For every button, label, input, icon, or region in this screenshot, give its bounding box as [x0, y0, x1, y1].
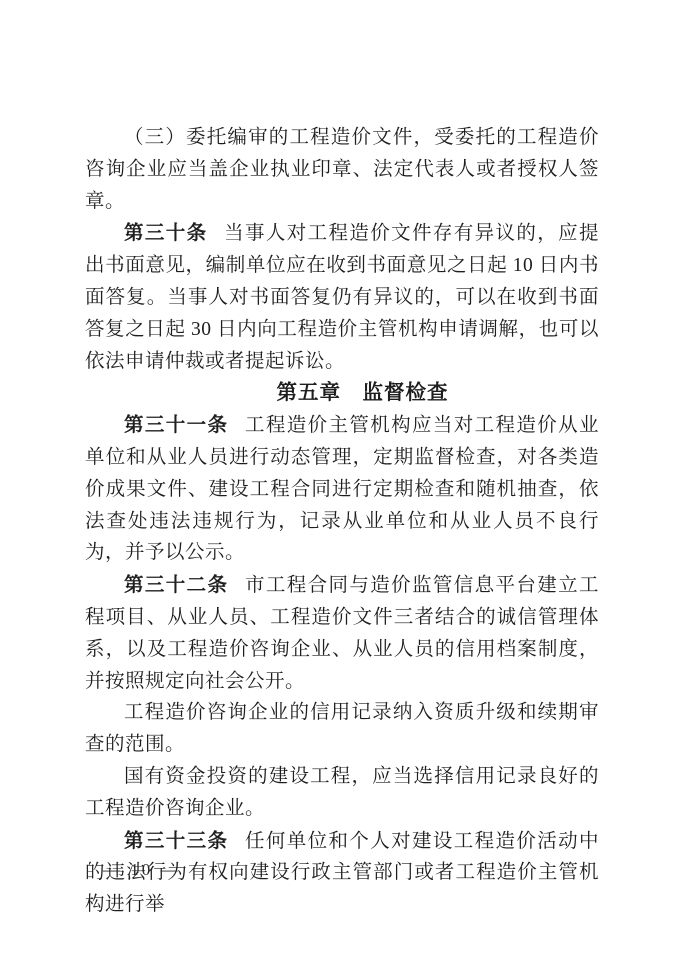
article-31-text: 工程造价主管机构应当对工程造价从业单位和从业人员进行动态管理，定期监督检查，对各… — [85, 415, 599, 563]
article-32-number: 第三十二条 — [124, 573, 228, 596]
page-number: — 10 — — [103, 858, 181, 882]
paragraph-article-31: 第三十一条工程造价主管机构应当对工程造价从业单位和从业人员进行动态管理，定期监督… — [85, 409, 599, 569]
paragraph-article-32: 第三十二条市工程合同与造价监管信息平台建立工程项目、从业人员、工程造价文件三者结… — [85, 569, 599, 697]
paragraph-item3: （三）委托编审的工程造价文件，受委托的工程造价咨询企业应当盖企业执业印章、法定代… — [85, 122, 599, 217]
article-30-text: 当事人对工程造价文件存有异议的，应提出书面意见，编制单位应在收到书面意见之日起 … — [85, 223, 599, 371]
article-31-number: 第三十一条 — [124, 413, 228, 436]
document-page: （三）委托编审的工程造价文件，受委托的工程造价咨询企业应当盖企业执业印章、法定代… — [0, 0, 680, 962]
document-body: （三）委托编审的工程造价文件，受委托的工程造价咨询企业应当盖企业执业印章、法定代… — [85, 122, 599, 921]
article-30-number: 第三十条 — [124, 221, 208, 244]
article-33-number: 第三十三条 — [124, 829, 228, 852]
paragraph-article-32-state-funded: 国有资金投资的建设工程，应当选择信用记录良好的工程造价咨询企业。 — [85, 761, 599, 825]
paragraph-article-32-credit: 工程造价咨询企业的信用记录纳入资质升级和续期审查的范围。 — [85, 697, 599, 761]
paragraph-article-30: 第三十条当事人对工程造价文件存有异议的，应提出书面意见，编制单位应在收到书面意见… — [85, 217, 599, 377]
chapter-5-heading: 第五章 监督检查 — [85, 377, 599, 409]
